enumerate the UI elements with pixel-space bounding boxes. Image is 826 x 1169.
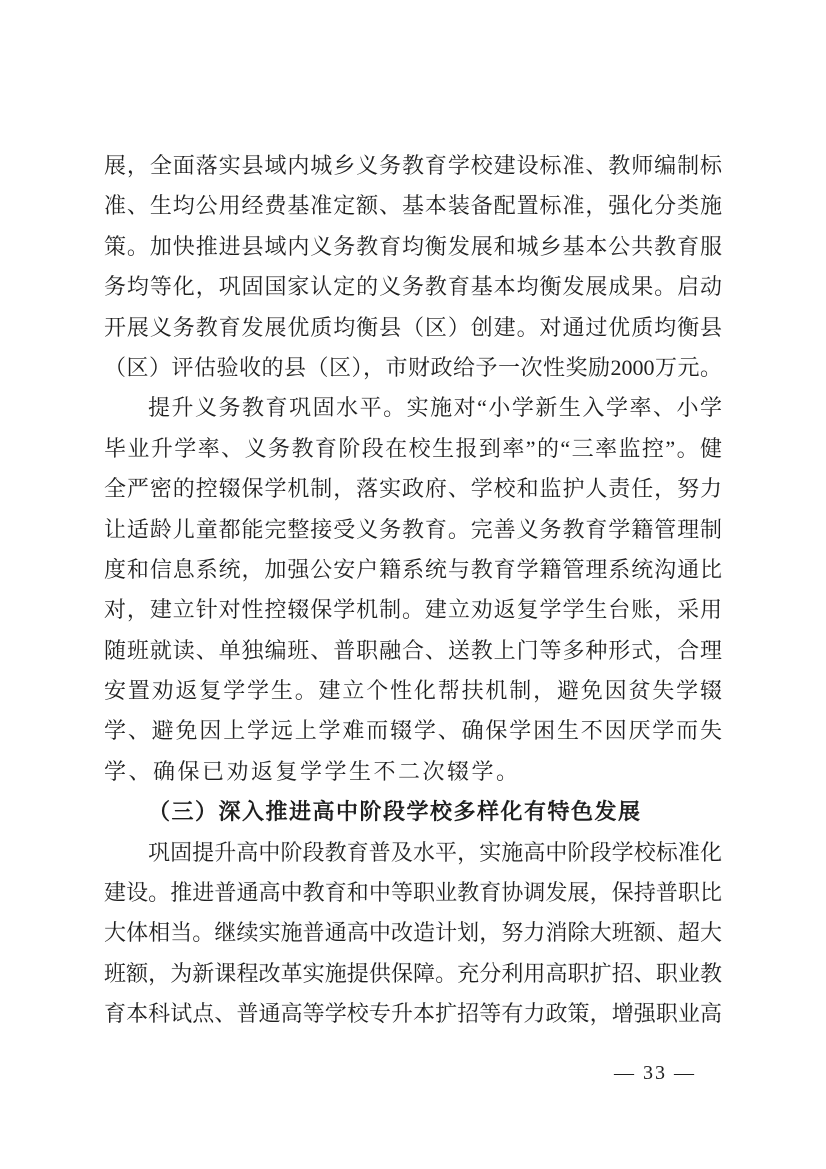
body-line: 学、避免因上学远上学难而辍学、确保学困生不因厌学而失	[104, 711, 722, 751]
body-line: 提升义务教育巩固水平。实施对“小学新生入学率、小学	[104, 388, 722, 428]
body-line: 安置劝返复学学生。建立个性化帮扶机制，避免因贫失学辍	[104, 671, 722, 711]
body-line: 展，全面落实县域内城乡义务教育学校建设标准、教师编制标	[104, 146, 722, 186]
body-line: 开展义务教育发展优质均衡县（区）创建。对通过优质均衡县	[104, 308, 722, 348]
page-number: — 33 —	[614, 1062, 696, 1084]
document-page: 展，全面落实县域内城乡义务教育学校建设标准、教师编制标 准、生均公用经费基准定额…	[0, 0, 826, 1169]
body-line: 育本科试点、普通高等学校专升本扩招等有力政策，增强职业高	[104, 994, 722, 1034]
page-body-text: 展，全面落实县域内城乡义务教育学校建设标准、教师编制标 准、生均公用经费基准定额…	[104, 146, 722, 1035]
body-line: （区）评估验收的县（区），市财政给予一次性奖励2000万元。	[104, 348, 722, 388]
body-line: 让适龄儿童都能完整接受义务教育。完善义务教育学籍管理制	[104, 510, 722, 550]
body-line: 准、生均公用经费基准定额、基本装备配置标准，强化分类施	[104, 186, 722, 226]
page-footer: — 33 —	[104, 1058, 722, 1088]
body-line: 随班就读、单独编班、普职融合、送教上门等多种形式，合理	[104, 631, 722, 671]
body-line: 班额，为新课程改革实施提供保障。充分利用高职扩招、职业教	[104, 954, 722, 994]
body-line: 建设。推进普通高中教育和中等职业教育协调发展，保持普职比	[104, 873, 722, 913]
section-heading: （三）深入推进高中阶段学校多样化有特色发展	[104, 792, 722, 832]
body-line: 大体相当。继续实施普通高中改造计划，努力消除大班额、超大	[104, 913, 722, 953]
body-line: 度和信息系统，加强公安户籍系统与教育学籍管理系统沟通比	[104, 550, 722, 590]
body-line: 巩固提升高中阶段教育普及水平，实施高中阶段学校标准化	[104, 833, 722, 873]
body-line: 全严密的控辍保学机制，落实政府、学校和监护人责任，努力	[104, 469, 722, 509]
body-line: 毕业升学率、义务教育阶段在校生报到率”的“三率监控”。健	[104, 429, 722, 469]
body-line: 学、确保已劝返复学学生不二次辍学。	[104, 752, 722, 792]
body-line: 务均等化，巩固国家认定的义务教育基本均衡发展成果。启动	[104, 267, 722, 307]
body-line: 对，建立针对性控辍保学机制。建立劝返复学学生台账，采用	[104, 590, 722, 630]
body-line: 策。加快推进县域内义务教育均衡发展和城乡基本公共教育服	[104, 227, 722, 267]
